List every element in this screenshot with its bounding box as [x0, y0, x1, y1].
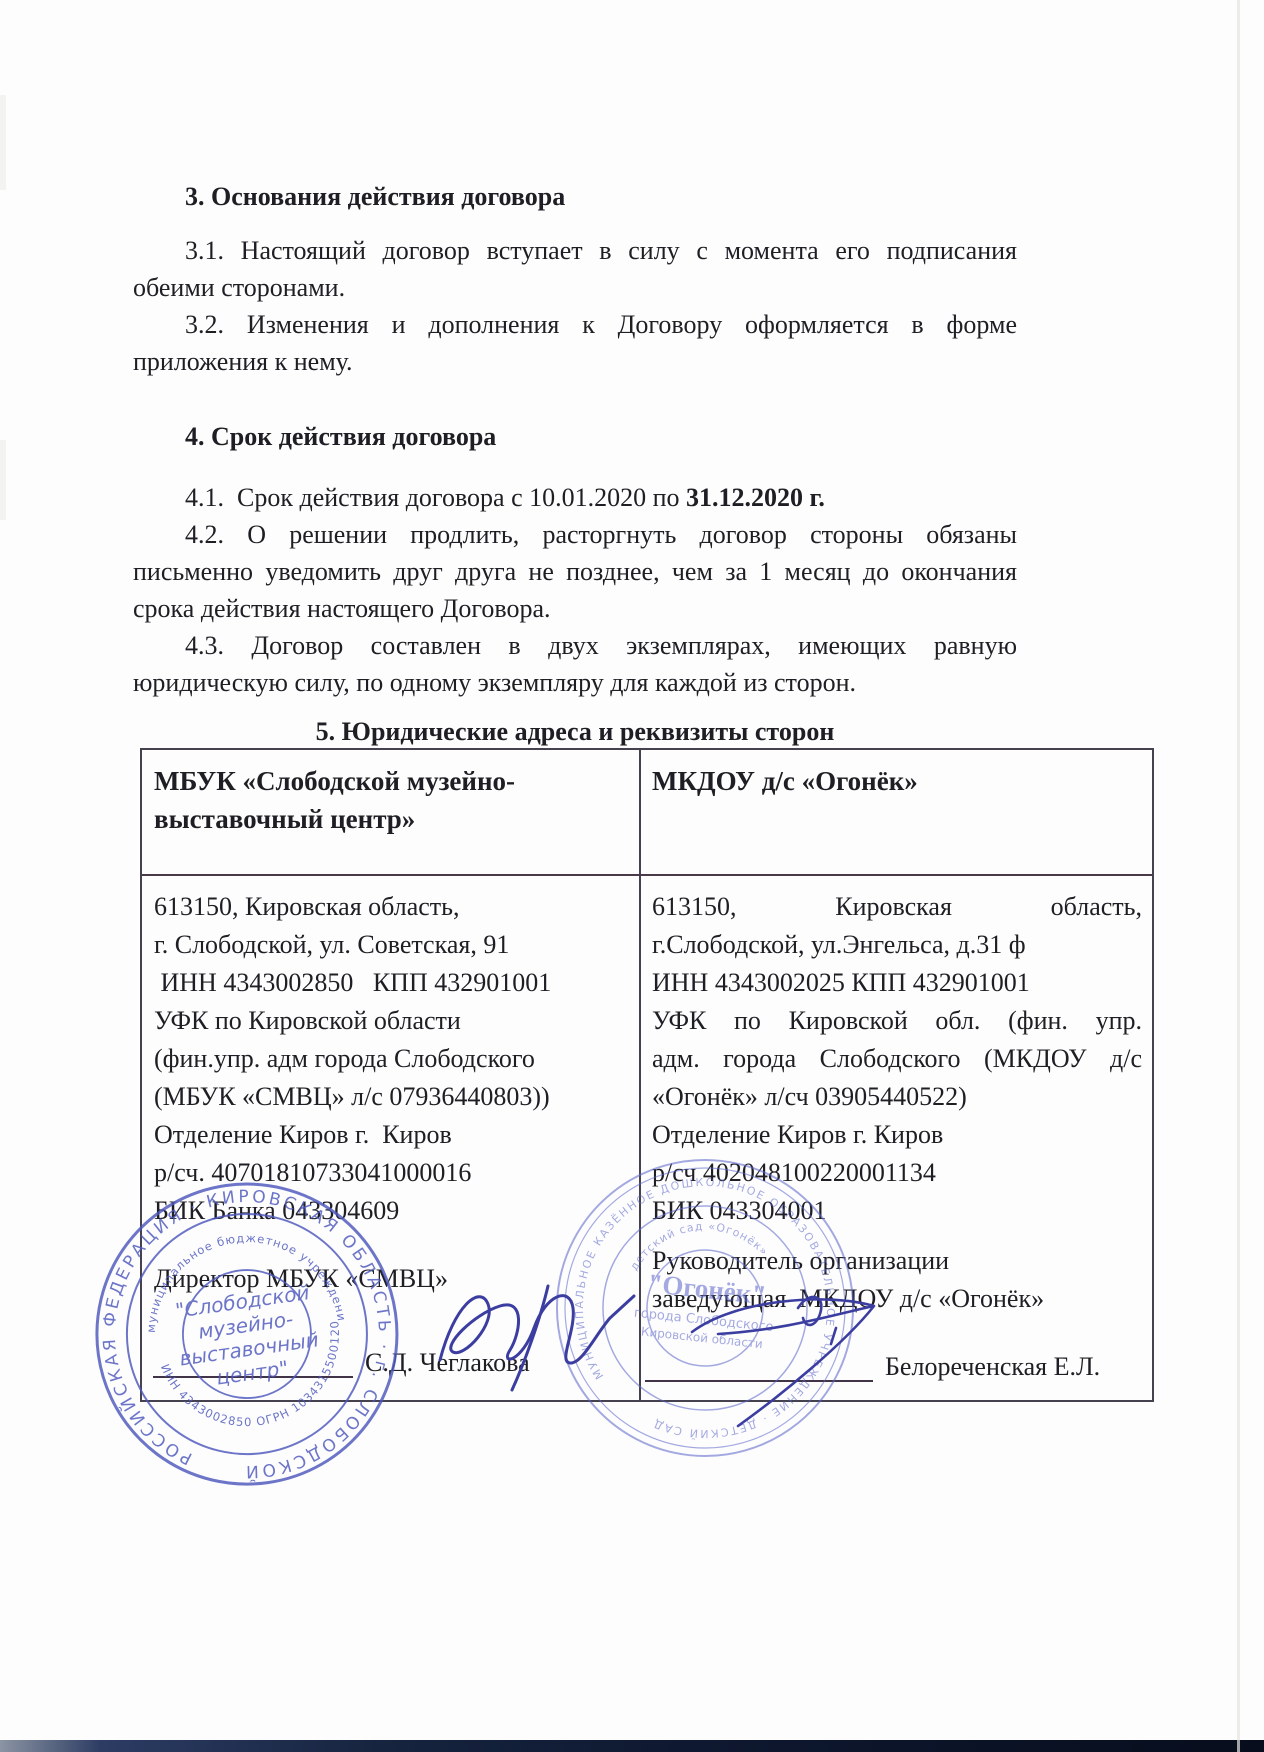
text-line: 613150, Кировская область,: [652, 888, 1142, 926]
text-line: р/сч. 40701810733041000016: [154, 1154, 628, 1192]
section-heading: 3. Основания действия договора: [185, 178, 1017, 215]
text-run: письменно уведомить друг друга не поздне…: [133, 557, 1017, 586]
table-column-divider: [639, 750, 641, 1400]
text-line: заведующая МКДОУ д/с «Огонёк»: [652, 1280, 1142, 1318]
signatory-name-left: С.Д. Чеглакова: [365, 1348, 530, 1377]
text-line: МКДОУ д/с «Огонёк»: [652, 762, 1142, 800]
table-cell-right: 613150, Кировская область,г.Слободской, …: [652, 888, 1142, 1318]
text-line: (МБУК «СМВЦ» л/с 07936440803)): [154, 1078, 628, 1116]
text-line: срока действия настоящего Договора.: [133, 590, 1017, 627]
text-line: письменно уведомить друг друга не поздне…: [133, 553, 1017, 590]
text-line: УФК по Кировской обл. (фин. упр.: [652, 1002, 1142, 1040]
text-line: адм. города Слободского (МКДОУ д/с: [652, 1040, 1142, 1078]
text-line: ИНН 4343002850 КПП 432901001: [154, 964, 628, 1002]
text-line: БИК Банка 043304609: [154, 1192, 628, 1230]
paragraph: 4.2. О решении продлить, расторгнуть дог…: [133, 516, 1017, 627]
signatory-name-right: Белореченская Е.Л.: [885, 1352, 1100, 1381]
text-line: 4.2. О решении продлить, расторгнуть дог…: [133, 516, 1017, 553]
paragraph: 4.3. Договор составлен в двух экземпляра…: [133, 627, 1017, 701]
signature-row-right: Белореченская Е.Л.: [645, 1346, 1100, 1382]
requisites-table: МБУК «Слободской музейно-выставочный цен…: [140, 748, 1154, 1402]
scan-edge-artifact-bottom: [0, 1740, 1264, 1752]
signature-row-left: С.Д. Чеглакова: [153, 1342, 530, 1378]
scan-edge-artifact-left: [0, 95, 6, 190]
signature-line: [645, 1346, 873, 1382]
section-heading: 4. Срок действия договора: [185, 418, 1017, 455]
text-line: «Огонёк» л/сч 03905440522): [652, 1078, 1142, 1116]
text-line: 4.3. Договор составлен в двух экземпляра…: [133, 627, 1017, 664]
text-line: обеими сторонами.: [133, 269, 1017, 306]
paragraph: 4.1. Срок действия договора с 10.01.2020…: [133, 479, 1017, 516]
blank-line: [154, 1230, 628, 1260]
text-line: выставочный центр»: [154, 800, 624, 838]
text-line: 613150, Кировская область,: [154, 888, 628, 926]
paragraph: 3.2. Изменения и дополнения к Договору о…: [133, 306, 1017, 380]
text-line: 3.2. Изменения и дополнения к Договору о…: [133, 306, 1017, 343]
scan-edge-artifact-right: [1237, 0, 1240, 1752]
text-line: 3.1. Настоящий договор вступает в силу с…: [133, 232, 1017, 269]
table-header-left: МБУК «Слободской музейно-выставочный цен…: [154, 762, 624, 838]
text-line: приложения к нему.: [133, 343, 1017, 380]
text-run: 4.1. Срок действия договора с 10.01.2020…: [185, 483, 686, 512]
text-run: 4.3. Договор составлен в двух экземпляра…: [185, 631, 1017, 660]
text-line: г.Слободской, ул.Энгельса, д.31 ф: [652, 926, 1142, 964]
text-line: г. Слободской, ул. Советская, 91: [154, 926, 628, 964]
table-cell-left: 613150, Кировская область,г. Слободской,…: [154, 888, 628, 1298]
blank-line: [652, 1230, 1142, 1242]
paragraph: 3.1. Настоящий договор вступает в силу с…: [133, 232, 1017, 306]
text-line: Директор МБУК «СМВЦ»: [154, 1260, 628, 1298]
text-line: юридическую силу, по одному экземпляру д…: [133, 664, 1017, 701]
table-header-divider: [142, 874, 1152, 876]
text-run: срока действия настоящего Договора.: [133, 594, 551, 623]
text-line: 4.1. Срок действия договора с 10.01.2020…: [133, 479, 1017, 516]
signature-line: [153, 1342, 353, 1378]
text-line: (фин.упр. адм города Слободского: [154, 1040, 628, 1078]
text-run: 4.2. О решении продлить, расторгнуть дог…: [185, 520, 1017, 549]
text-line: Отделение Киров г. Киров: [652, 1116, 1142, 1154]
text-line: Отделение Киров г. Киров: [154, 1116, 628, 1154]
text-line: МБУК «Слободской музейно-: [154, 762, 624, 800]
text-run: 3.1. Настоящий договор вступает в силу с…: [185, 236, 1017, 265]
text-line: ИНН 4343002025 КПП 432901001: [652, 964, 1142, 1002]
text-line: Руководитель организации: [652, 1242, 1142, 1280]
scan-edge-artifact-left: [0, 440, 6, 520]
scanned-page: 3. Основания действия договора3.1. Насто…: [0, 0, 1264, 1752]
text-run: юридическую силу, по одному экземпляру д…: [133, 668, 856, 697]
text-line: БИК 043304001: [652, 1192, 1142, 1230]
text-run: обеими сторонами.: [133, 273, 345, 302]
text-run: 3.2. Изменения и дополнения к Договору о…: [185, 310, 1017, 339]
contract-body: 3. Основания действия договора3.1. Насто…: [133, 178, 1017, 750]
text-line: р/сч 402048100220001134: [652, 1154, 1142, 1192]
section-heading: 5. Юридические адреса и реквизиты сторон: [133, 713, 1017, 750]
text-line: УФК по Кировской области: [154, 1002, 628, 1040]
text-run: приложения к нему.: [133, 347, 353, 376]
bold-text-run: 31.12.2020 г.: [686, 483, 825, 512]
table-header-right: МКДОУ д/с «Огонёк»: [652, 762, 1142, 800]
